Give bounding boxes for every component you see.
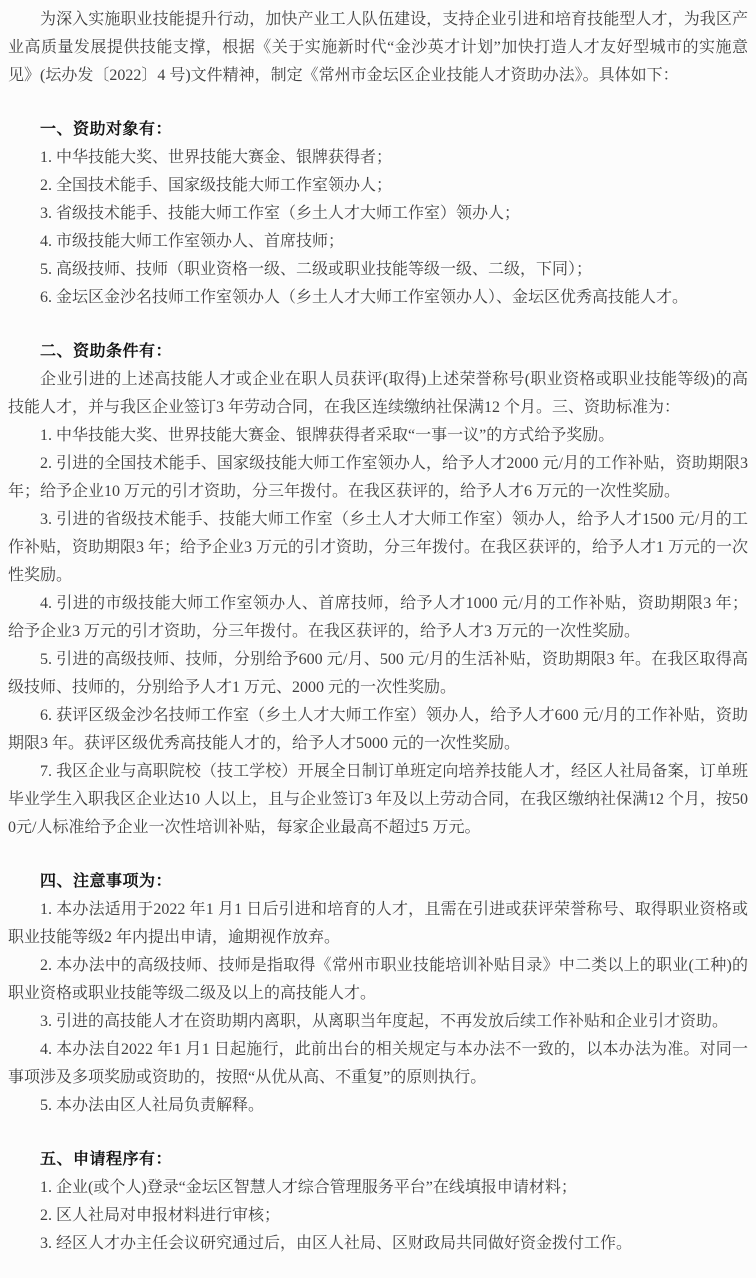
list-item: 5. 引进的高级技师、技师，分别给予600 元/月、500 元/月的生活补贴，资…	[8, 646, 748, 702]
document-section: 二、资助条件有： 企业引进的上述高技能人才或企业在职人员获评(取得)上述荣誉称号…	[8, 337, 748, 842]
list-item: 1. 企业(或个人)登录“金坛区智慧人才综合管理服务平台”在线填报申请材料；	[8, 1174, 748, 1202]
list-item: 4. 引进的市级技能大师工作室领办人、首席技师，给予人才1000 元/月的工作补…	[8, 590, 748, 646]
list-item: 2. 本办法中的高级技师、技师是指取得《常州市职业技能培训补贴目录》中二类以上的…	[8, 952, 748, 1008]
list-item: 1. 中华技能大奖、世界技能大赛金、银牌获得者采取“一事一议”的方式给予奖励。	[8, 422, 748, 450]
list-item: 2. 引进的全国技术能手、国家级技能大师工作室领办人，给予人才2000 元/月的…	[8, 450, 748, 506]
list-item: 6. 获评区级金沙名技师工作室（乡土人才大师工作室）领办人，给予人才600 元/…	[8, 702, 748, 758]
list-item: 1. 中华技能大奖、世界技能大赛金、银牌获得者；	[8, 144, 748, 172]
list-item: 6. 金坛区金沙名技师工作室领办人（乡土人才大师工作室领办人）、金坛区优秀高技能…	[8, 284, 748, 312]
list-item: 7. 我区企业与高职院校（技工学校）开展全日制订单班定向培养技能人才，经区人社局…	[8, 758, 748, 842]
list-item: 5. 本办法由区人社局负责解释。	[8, 1092, 748, 1120]
list-item: 2. 区人社局对申报材料进行审核；	[8, 1202, 748, 1230]
section-body: 1. 企业(或个人)登录“金坛区智慧人才综合管理服务平台”在线填报申请材料；2.…	[8, 1174, 748, 1258]
section-heading: 五、申请程序有：	[8, 1145, 748, 1174]
document-section: 四、注意事项为： 1. 本办法适用于2022 年1 月1 日后引进和培育的人才，…	[8, 867, 748, 1120]
list-item: 3. 引进的省级技术能手、技能大师工作室（乡土人才大师工作室）领办人，给予人才1…	[8, 506, 748, 590]
list-item: 3. 经区人才办主任会议研究通过后，由区人社局、区财政局共同做好资金拨付工作。	[8, 1230, 748, 1258]
section-heading: 二、资助条件有：	[8, 337, 748, 366]
section-heading: 四、注意事项为：	[8, 867, 748, 896]
document-body: 为深入实施职业技能提升行动，加快产业工人队伍建设，支持企业引进和培育技能型人才，…	[0, 0, 756, 1278]
intro-paragraph: 为深入实施职业技能提升行动，加快产业工人队伍建设，支持企业引进和培育技能型人才，…	[8, 6, 748, 90]
section-body: 企业引进的上述高技能人才或企业在职人员获评(取得)上述荣誉称号(职业资格或职业技…	[8, 366, 748, 842]
list-item: 3. 省级技术能手、技能大师工作室（乡土人才大师工作室）领办人；	[8, 200, 748, 228]
document-section: 一、资助对象有： 1. 中华技能大奖、世界技能大赛金、银牌获得者；2. 全国技术…	[8, 115, 748, 312]
list-item: 3. 引进的高技能人才在资助期内离职，从离职当年度起，不再发放后续工作补贴和企业…	[8, 1008, 748, 1036]
sections-container: 一、资助对象有： 1. 中华技能大奖、世界技能大赛金、银牌获得者；2. 全国技术…	[8, 115, 748, 1258]
document-section: 五、申请程序有： 1. 企业(或个人)登录“金坛区智慧人才综合管理服务平台”在线…	[8, 1145, 748, 1258]
list-item: 2. 全国技术能手、国家级技能大师工作室领办人；	[8, 172, 748, 200]
list-item: 1. 本办法适用于2022 年1 月1 日后引进和培育的人才，且需在引进或获评荣…	[8, 896, 748, 952]
section-body: 1. 中华技能大奖、世界技能大赛金、银牌获得者；2. 全国技术能手、国家级技能大…	[8, 144, 748, 312]
section-heading: 一、资助对象有：	[8, 115, 748, 144]
list-item: 5. 高级技师、技师（职业资格一级、二级或职业技能等级一级、二级，下同）；	[8, 256, 748, 284]
section-body: 1. 本办法适用于2022 年1 月1 日后引进和培育的人才，且需在引进或获评荣…	[8, 896, 748, 1120]
list-item: 4. 本办法自2022 年1 月1 日起施行，此前出台的相关规定与本办法不一致的…	[8, 1036, 748, 1092]
list-item: 4. 市级技能大师工作室领办人、首席技师；	[8, 228, 748, 256]
section-paragraph: 企业引进的上述高技能人才或企业在职人员获评(取得)上述荣誉称号(职业资格或职业技…	[8, 366, 748, 422]
